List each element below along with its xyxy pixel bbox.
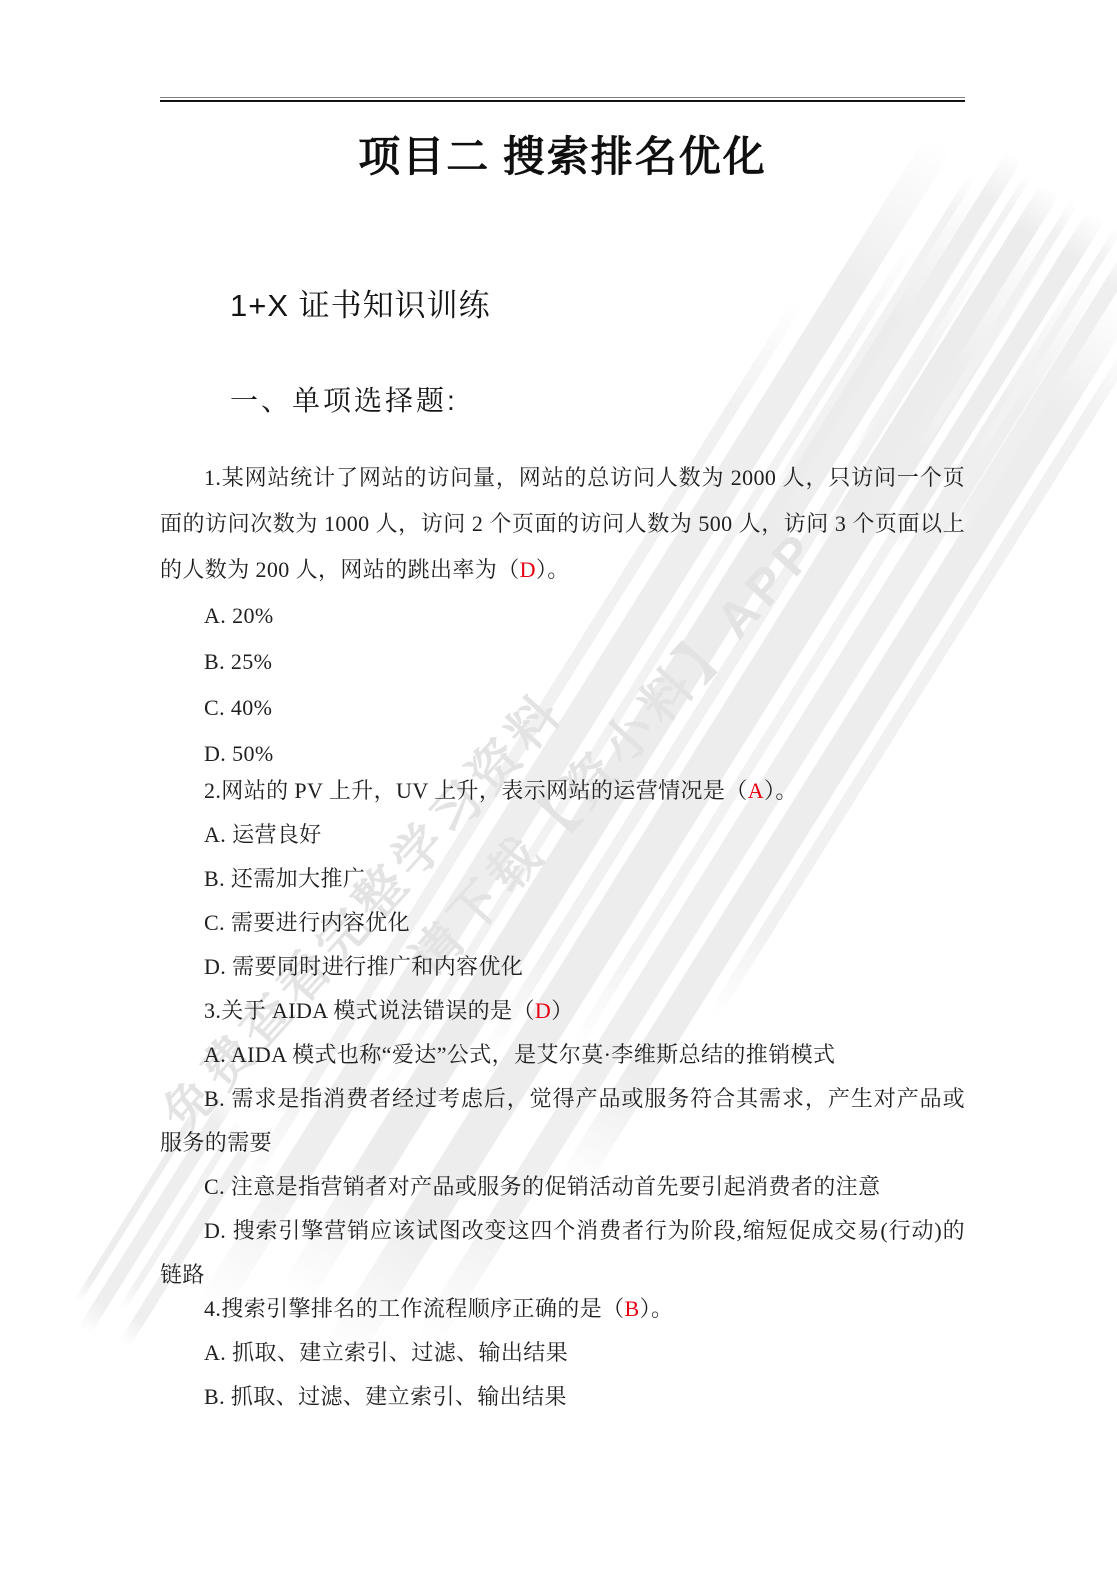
answer-letter: D [520,557,536,582]
option-text: A. 20% [160,593,965,639]
option-text: B. 抓取、过滤、建立索引、输出结果 [160,1375,965,1419]
option-text: A. 抓取、建立索引、过滤、输出结果 [160,1331,965,1375]
document-content: 项目二 搜索排名优化 1+X 证书知识训练 一、单项选择题: 1.某网站统计了网… [160,0,965,1419]
page-title: 项目二 搜索排名优化 [160,132,965,184]
document-page: 免费查看完整学习资料 请下载【资小料】APP 项目二 搜索排名优化 1+X 证书… [0,0,1117,1579]
answer-letter: A [748,778,764,803]
question-text-after: ） [551,998,573,1023]
question-text: 2.网站的 PV 上升，UV 上升，表示网站的运营情况是（A）。 [160,769,965,813]
question-text-after: ）。 [536,557,570,582]
question-text: 4.搜索引擎排名的工作流程顺序正确的是（B）。 [160,1287,965,1331]
option-text: C. 40% [160,685,965,731]
question-text-after: ）。 [640,1296,674,1321]
option-text: B. 25% [160,639,965,685]
question-text-after: ）。 [764,778,798,803]
subsection-heading: 一、单项选择题: [230,383,965,419]
option-text: C. 需要进行内容优化 [160,901,965,945]
option-text: C. 注意是指营销者对产品或服务的促销活动首先要引起消费者的注意 [160,1165,965,1209]
question-list: 1.某网站统计了网站的访问量，网站的总访问人数为 2000 人，只访问一个页面的… [160,455,965,1419]
option-text: D. 需要同时进行推广和内容优化 [160,945,965,989]
question-text: 3.关于 AIDA 模式说法错误的是（D） [160,989,965,1033]
option-text: B. 需求是指消费者经过考虑后，觉得产品或服务符合其需求，产生对产品或服务的需要 [160,1077,965,1165]
answer-letter: D [535,998,551,1023]
question-text-before: 2.网站的 PV 上升，UV 上升，表示网站的运营情况是（ [204,778,748,803]
header-rule [160,97,965,102]
question-text-before: 3.关于 AIDA 模式说法错误的是（ [204,998,535,1023]
option-text: D. 搜索引擎营销应该试图改变这四个消费者行为阶段,缩短促成交易(行动)的链路 [160,1209,965,1297]
question-text-before: 4.搜索引擎排名的工作流程顺序正确的是（ [204,1296,625,1321]
option-text: A. AIDA 模式也称“爱达”公式，是艾尔莫·李维斯总结的推销模式 [160,1033,965,1077]
answer-letter: B [625,1296,640,1321]
option-text: A. 运营良好 [160,813,965,857]
question-text: 1.某网站统计了网站的访问量，网站的总访问人数为 2000 人，只访问一个页面的… [160,455,965,593]
option-text: B. 还需加大推广 [160,857,965,901]
section-heading: 1+X 证书知识训练 [230,286,965,326]
